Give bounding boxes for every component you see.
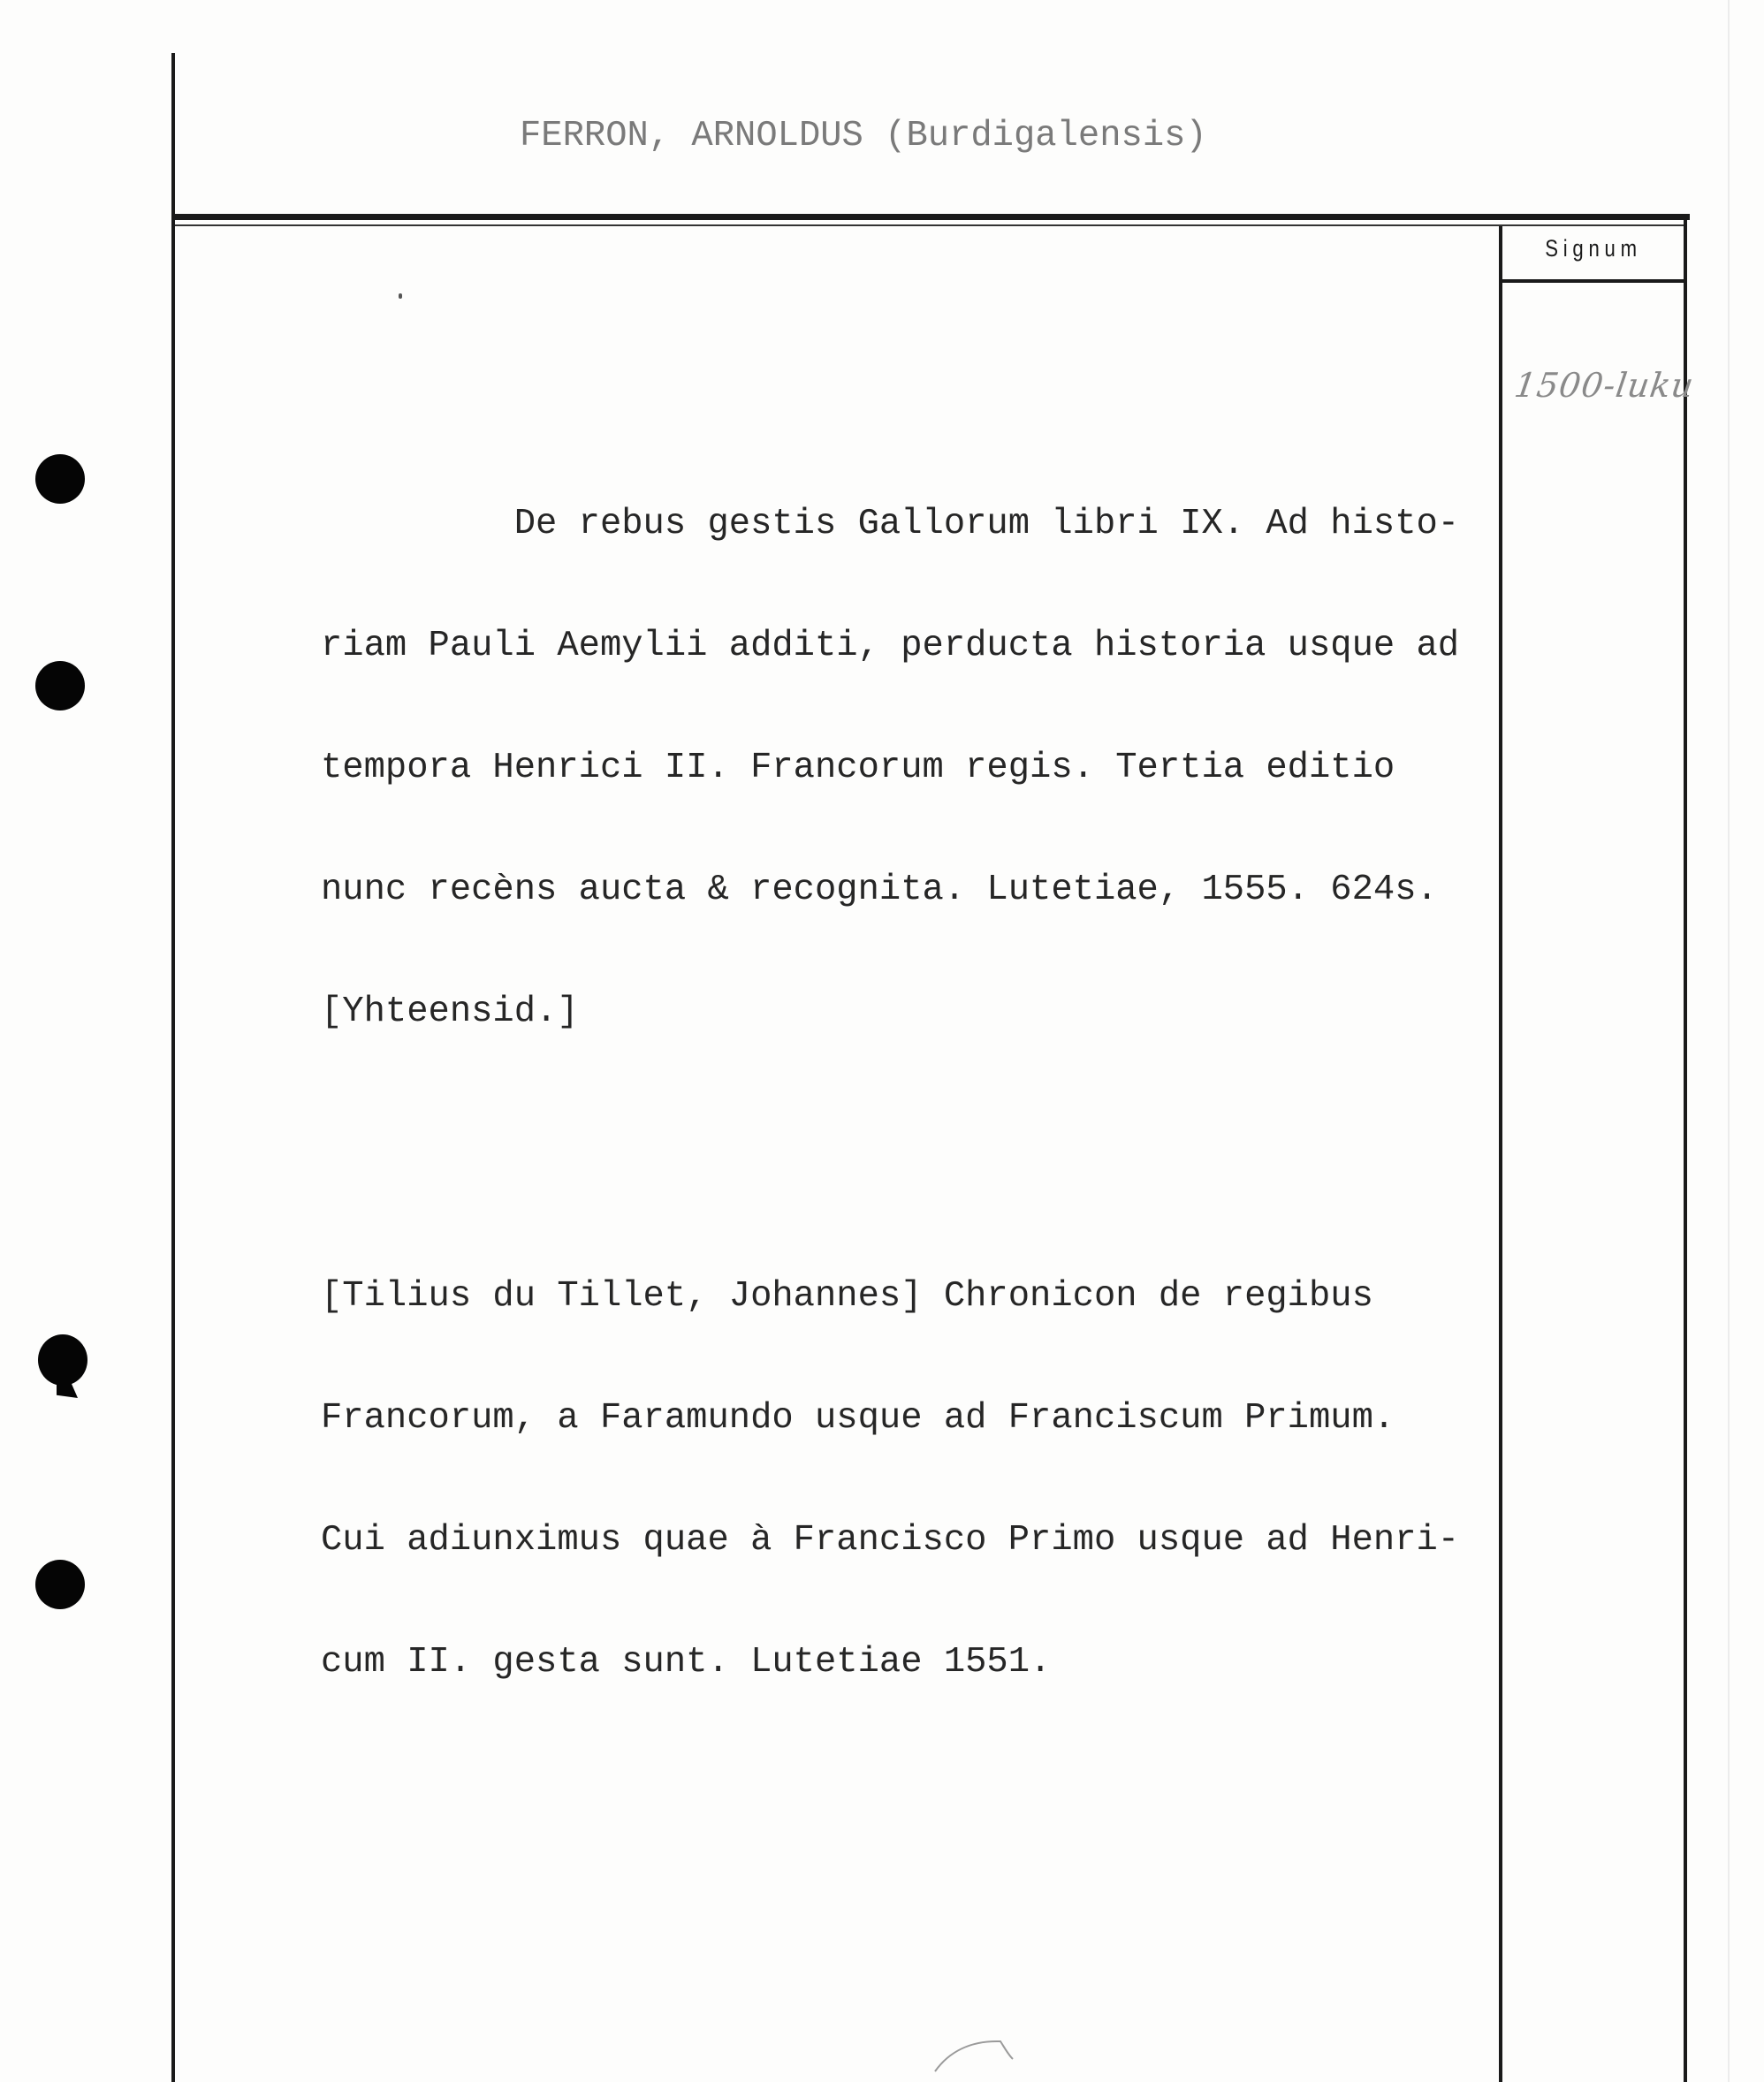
punch-hole-1	[35, 454, 85, 504]
signum-right-rule	[1684, 220, 1687, 2082]
entry-line: Cui adiunximus quae à Francisco Primo us…	[321, 1520, 1459, 1561]
card-heading: FERRON, ARNOLDUS (Burdigalensis)	[520, 115, 1207, 157]
left-margin-rule	[171, 53, 175, 2082]
entry-line: riam Pauli Aemylii additi, perducta hist…	[321, 626, 1459, 666]
punch-hole-2	[35, 661, 85, 710]
entry-line: [Yhteensid.]	[321, 992, 1459, 1032]
signum-handwritten-value: 1500-luku	[1512, 366, 1697, 405]
ink-speck	[399, 293, 402, 299]
signum-label: Signum	[1518, 235, 1669, 262]
pencil-arc-mark	[928, 2033, 1025, 2082]
entry-line: Francorum, a Faramundo usque ad Francisc…	[321, 1398, 1459, 1439]
signum-header-rule	[1501, 279, 1687, 283]
punch-hole-3	[38, 1334, 87, 1386]
entry-line: De rebus gestis Gallorum libri IX. Ad hi…	[321, 504, 1459, 544]
punch-hole-4	[35, 1560, 85, 1609]
top-thick-rule	[173, 214, 1690, 220]
top-thin-rule	[175, 224, 1686, 226]
paper-edge-shadow	[1728, 0, 1730, 2082]
entry-line: [Tilius du Tillet, Johannes] Chronicon d…	[321, 1276, 1459, 1317]
entry-line: cum II. gesta sunt. Lutetiae 1551.	[321, 1642, 1459, 1683]
entry-tillet: [Tilius du Tillet, Johannes] Chronicon d…	[321, 1195, 1459, 1764]
signum-left-rule	[1499, 226, 1502, 2082]
entry-ferron: De rebus gestis Gallorum libri IX. Ad hi…	[321, 422, 1459, 1113]
entry-line: tempora Henrici II. Francorum regis. Ter…	[321, 748, 1459, 788]
entry-line: nunc recèns aucta & recognita. Lutetiae,…	[321, 870, 1459, 910]
card-body: De rebus gestis Gallorum libri IX. Ad hi…	[321, 341, 1459, 1805]
